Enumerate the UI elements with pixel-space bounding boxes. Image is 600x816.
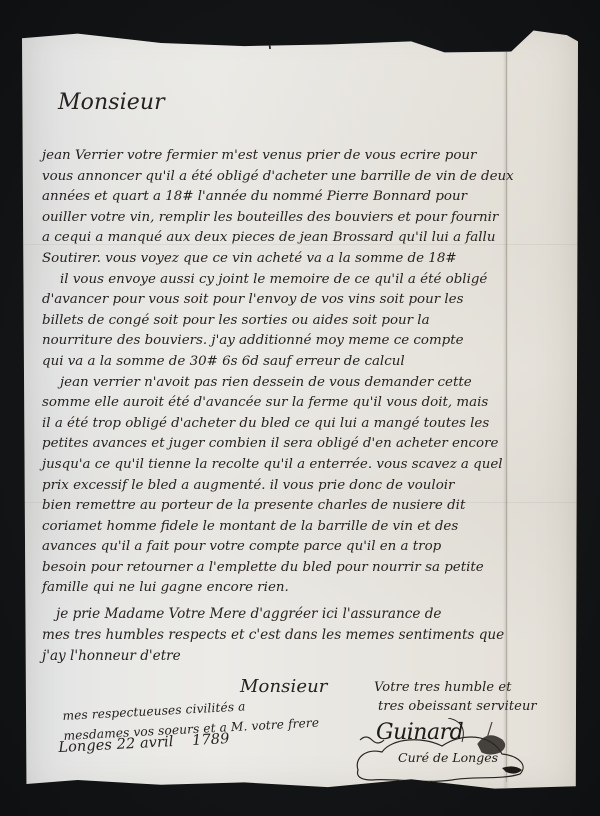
body-line: jusqu'a ce qu'il tienne la recolte qu'il… xyxy=(42,455,572,476)
body-line: billets de congé soit pour les sorties o… xyxy=(42,311,572,332)
body-line: somme elle auroit été d'avancée sur la f… xyxy=(42,393,572,414)
salutation: Monsieur xyxy=(58,90,165,115)
closing-line: mes tres humbles respects et c'est dans … xyxy=(42,625,572,646)
valediction: Votre tres humble et tres obeissant serv… xyxy=(374,678,537,716)
place: Longes xyxy=(58,737,112,756)
letter-body: jean Verrier votre fermier m'est venus p… xyxy=(42,146,572,599)
letter-paper: + Monsieur jean Verrier votre fermier m'… xyxy=(22,18,578,798)
valediction-line: tres obeissant serviteur xyxy=(374,697,537,716)
body-line: d'avancer pour vous soit pour l'envoy de… xyxy=(42,290,572,311)
body-line: avances qu'il a fait pour votre compte p… xyxy=(42,537,572,558)
page-mark: + xyxy=(258,29,280,56)
body-line: jean Verrier votre fermier m'est venus p… xyxy=(42,146,572,167)
signature-title: Curé de Longes xyxy=(398,750,498,765)
body-line: années et quart a 18# l'année du nommé P… xyxy=(42,187,572,208)
body-line: nourriture des bouviers. j'ay additionné… xyxy=(42,331,572,352)
body-line: famille qui ne lui gagne encore rien. xyxy=(42,578,572,599)
photo-backdrop: + Monsieur jean Verrier votre fermier m'… xyxy=(0,0,600,816)
closing-line: j'ay l'honneur d'etre xyxy=(42,646,572,667)
body-line: bien remettre au porteur de la presente … xyxy=(42,496,572,517)
body-line: vous annoncer qu'il a été obligé d'achet… xyxy=(42,167,572,188)
closing-paragraph: je prie Madame Votre Mere d'aggréer ici … xyxy=(42,604,572,667)
valediction-line: Votre tres humble et xyxy=(374,678,537,697)
body-line: qui va a la somme de 30# 6s 6d sauf erre… xyxy=(42,352,572,373)
body-line: Soutirer. vous voyez que ce vin acheté v… xyxy=(42,249,572,270)
body-line: il a été trop obligé d'acheter du bled c… xyxy=(42,414,572,435)
body-line: ouiller votre vin, remplir les bouteille… xyxy=(42,208,572,229)
body-line: il vous envoye aussi cy joint le memoire… xyxy=(42,270,572,291)
body-line: petites avances et juger combien il sera… xyxy=(42,434,572,455)
body-line: coriamet homme fidele le montant de la b… xyxy=(42,517,572,538)
body-line: a cequi a manqué aux deux pieces de jean… xyxy=(42,228,572,249)
signature: Guinard Curé de Longes xyxy=(352,718,542,788)
body-line: besoin pour retourner a l'emplette du bl… xyxy=(42,558,572,579)
date: 22 avril xyxy=(116,734,174,753)
body-line: jean verrier n'avoit pas rien dessein de… xyxy=(42,373,572,394)
year: 1789 xyxy=(192,731,230,749)
closing-line: je prie Madame Votre Mere d'aggréer ici … xyxy=(42,604,572,625)
signature-name: Guinard xyxy=(376,720,463,745)
body-line: prix excessif le bled a augmenté. il vou… xyxy=(42,476,572,497)
